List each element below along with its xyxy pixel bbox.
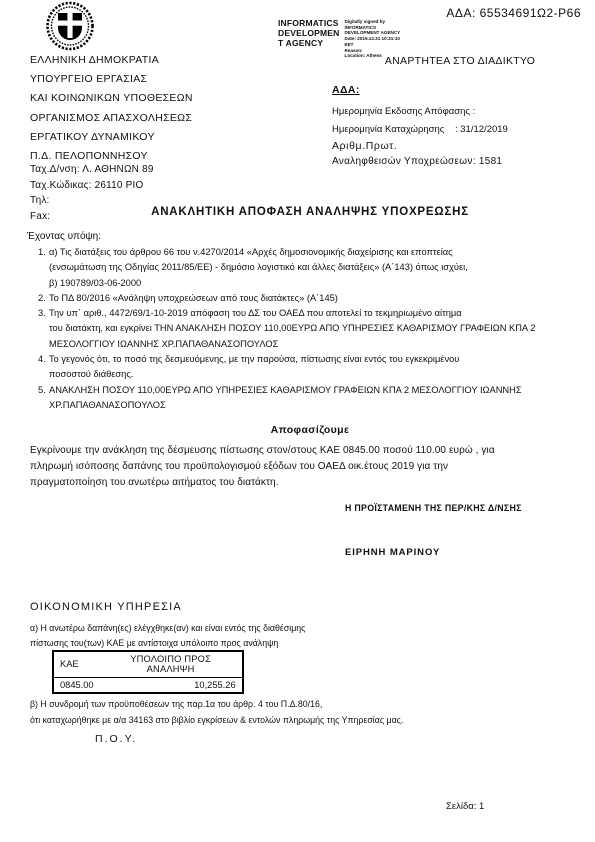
financial-service-heading: ΟΙΚΟΝΟΜΙΚΗ ΥΠΗΡΕΣΙΑ (30, 601, 182, 613)
list-item: 5. ΑΝΑΚΛΗΣΗ ΠΟΣΟΥ 110,00ΕΥΡΩ ΑΠΟ ΥΠΗΡΕΣΙ… (38, 383, 583, 414)
balance-column-header: ΥΠΟΛΟΙΠΟ ΠΡΟΣ ΑΝΑΛΗΨΗ (100, 651, 243, 678)
decision-heading: Αποφασίζουμε (30, 424, 590, 436)
list-item-text: Την υπ΄ αριθ., 4472/69/1-10-2019 απόφαση… (49, 308, 535, 349)
document-title: ΑΝΑΚΛΗΤΙΚΗ ΑΠΟΦΑΣΗ ΑΝΑΛΗΨΗΣ ΥΠΟΧΡΕΩΣΗΣ (30, 206, 590, 218)
kae-column-header: ΚΑΕ (53, 651, 100, 678)
issue-date-row: Ημερομηνία Εκδοσης Απόφασης : (332, 106, 588, 117)
internet-posting-label: ΑΝΑΡΤΗΤΕΑ ΣΤΟ ΔΙΑΔΙΚΤΥΟ (332, 55, 588, 67)
list-item-number: 3. (38, 306, 46, 321)
ada-code-header: ΑΔΑ: 65534691Ω2-Ρ66 (446, 6, 581, 20)
list-item: 4. Το γεγονός ότι, το ποσό της δεσμευόμε… (38, 352, 583, 383)
signatory-role: Η ΠΡΟΪΣΤΑΜΕΝΗ ΤΗΣ ΠΕΡ/ΚΗΣ Δ/ΝΣΗΣ (345, 503, 522, 513)
protocol-number-row: Αριθμ.Πρωτ. (332, 140, 588, 152)
page-number-footer: Σελίδα: 1 (446, 801, 484, 812)
kae-cell: 0845.00 (53, 678, 100, 694)
list-item-text: Το ΠΔ 80/2016 «Ανάληψη υποχρεώσεων από τ… (49, 293, 338, 303)
list-item-number: 4. (38, 352, 46, 367)
list-item-text: ΑΝΑΚΛΗΣΗ ΠΟΣΟΥ 110,00ΕΥΡΩ ΑΠΟ ΥΠΗΡΕΣΙΕΣ … (49, 385, 522, 410)
registration-date-value: : 31/12/2019 (455, 124, 508, 135)
having-regard-section: Έχοντας υπόψη: 1. α) Τις διατάξεις του ά… (27, 231, 583, 413)
registration-date-row: Ημερομηνία Καταχώρησης : 31/12/2019 (332, 124, 588, 135)
table-header-row: ΚΑΕ ΥΠΟΛΟΙΠΟ ΠΡΟΣ ΑΝΑΛΗΨΗ (53, 651, 243, 678)
issuing-authority-block: ΕΛΛΗΝΙΚΗ ΔΗΜΟΚΡΑΤΙΑ ΥΠΟΥΡΓΕΙΟ ΕΡΓΑΣΙΑΣ Κ… (30, 51, 193, 166)
balance-cell: 10,255.26 (100, 678, 243, 694)
list-item: 2. Το ΠΔ 80/2016 «Ανάληψη υποχρεώσεων απ… (38, 291, 583, 306)
signature-details: Digitally signed by INFORMATICS DEVELOPM… (345, 19, 401, 59)
registration-date-label: Ημερομηνία Καταχώρησης (332, 124, 455, 135)
right-annotations-block: ΑΝΑΡΤΗΤΕΑ ΣΤΟ ΔΙΑΔΙΚΤΥΟ ΑΔΑ: Ημερομηνία … (332, 55, 588, 167)
commitments-row: Αναληφθεισών Υποχρεώσεων: 1581 (332, 156, 588, 167)
having-regard-list: 1. α) Τις διατάξεις του άρθρου 66 του ν.… (27, 245, 583, 413)
list-item: 1. α) Τις διατάξεις του άρθρου 66 του ν.… (38, 245, 583, 291)
list-item-text: Το γεγονός ότι, το ποσό της δεσμευόμενης… (49, 354, 459, 379)
decision-body: Εγκρίνουμε την ανάκληση της δέσμευσης πί… (30, 443, 578, 492)
kae-balance-table: ΚΑΕ ΥΠΟΛΟΙΠΟ ΠΡΟΣ ΑΝΑΛΗΨΗ 0845.00 10,255… (52, 650, 244, 694)
table-row: 0845.00 10,255.26 (53, 678, 243, 694)
ada-label: ΑΔΑ: (332, 84, 588, 96)
greek-coat-of-arms-logo (34, 1, 106, 51)
list-item-number: 2. (38, 291, 46, 306)
list-item: 3. Την υπ΄ αριθ., 4472/69/1-10-2019 απόφ… (38, 306, 583, 352)
list-item-number: 5. (38, 383, 46, 398)
signatory-name: ΕΙΡΗΝΗ ΜΑΡΙΝΟΥ (345, 547, 440, 558)
financial-note-b: β) Η συνδρομή των προϋποθέσεων της παρ.1… (30, 697, 403, 728)
signature-agency-label: INFORMATICS DEVELOPMEN T AGENCY (278, 18, 340, 49)
list-item-text: α) Τις διατάξεις του άρθρου 66 του ν.427… (49, 247, 468, 288)
having-regard-heading: Έχοντας υπόψη: (27, 231, 583, 242)
financial-note-a: α) Η ανωτέρω δαπάνη(ες) ελέγχθηκε(αν) κα… (30, 621, 305, 651)
poy-label: Π.Ο.Υ. (95, 733, 137, 745)
list-item-number: 1. (38, 245, 46, 260)
digital-signature-stamp: INFORMATICS DEVELOPMEN T AGENCY Digitall… (278, 18, 400, 59)
